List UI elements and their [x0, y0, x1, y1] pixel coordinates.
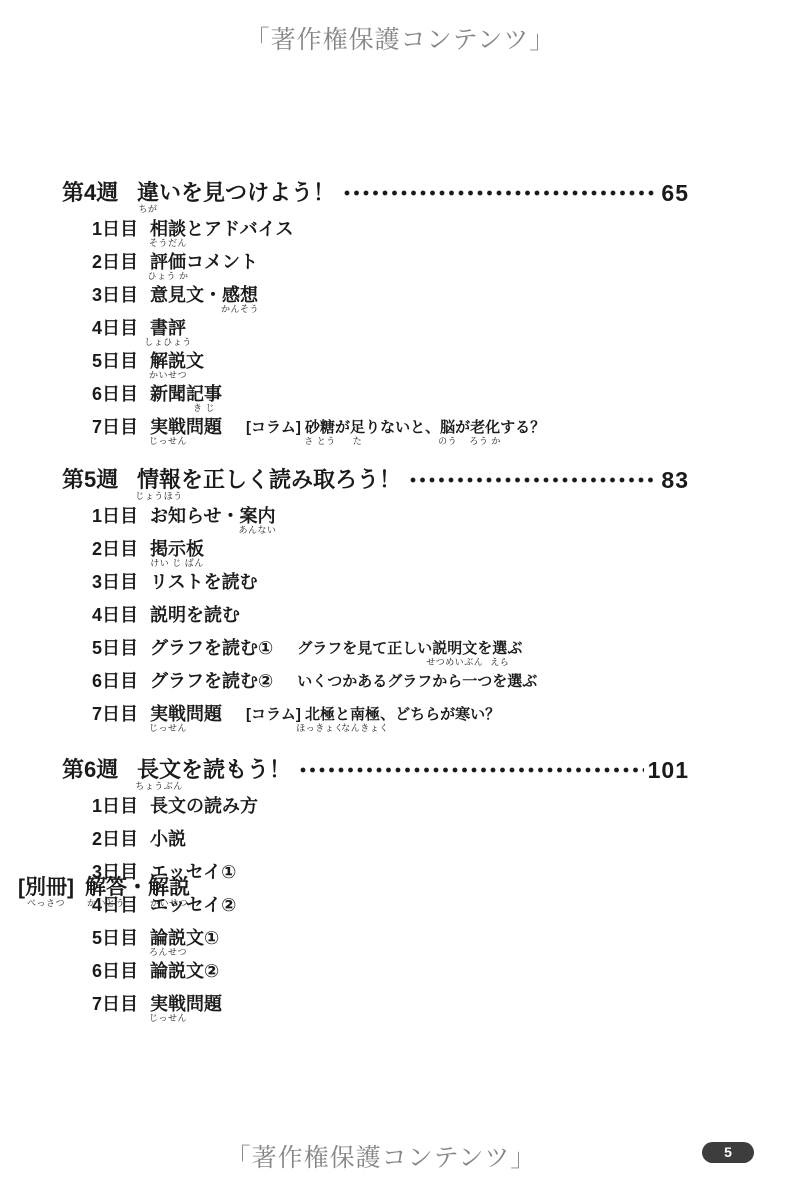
base-text: が [455, 419, 470, 436]
base-text: を [477, 640, 492, 657]
text-segment: が [335, 418, 350, 438]
toc-day-row: 5日目解説かいせつ文 [62, 350, 689, 383]
text-segment: 脳のう [440, 418, 455, 438]
base-text: グラフを見て正しい [297, 640, 432, 657]
text-segment: 南極なんきょく [350, 705, 380, 725]
text-segment: グラフを読む② [150, 670, 273, 692]
appendix-title: 解答かいとう・解説かいせつ [85, 875, 190, 900]
day-title: 論説ろんせつ文① [150, 927, 219, 949]
base-text: とアドバイス [186, 219, 293, 239]
furigana: せつめいぶん [426, 658, 483, 667]
text-segment: とアドバイス [186, 218, 293, 240]
text-segment: する？ [500, 418, 545, 438]
furigana: のう [438, 437, 457, 446]
base-text: 違 [137, 180, 159, 205]
toc-day-row: 5日目論説ろんせつ文① [62, 927, 689, 960]
base-text: ぶ [507, 640, 522, 657]
day-label: 1日目 [92, 218, 140, 240]
text-segment: 解答かいとう [85, 875, 127, 900]
base-text: 情報 [137, 467, 181, 492]
base-text: グラフを読む② [150, 671, 273, 691]
base-text: 掲示板 [150, 539, 204, 559]
appendix-label: [別冊]べっさつ [18, 875, 74, 900]
furigana: き じ [193, 404, 215, 413]
base-text: 文 [186, 351, 204, 371]
dot-leader [409, 476, 657, 484]
furigana: えら [490, 658, 509, 667]
day-title: 小説 [150, 828, 186, 850]
week-label: 第5週 [62, 467, 137, 493]
week-label: 第6週 [62, 757, 137, 783]
text-segment: 問題 [186, 993, 222, 1015]
text-segment: 実戦じっせん [150, 416, 186, 438]
text-segment: 感想かんそう [222, 284, 258, 306]
base-text: 長文 [137, 757, 181, 782]
text-segment: 解説かいせつ [150, 350, 186, 372]
toc-day-row: 1日目長文の読み方 [62, 795, 689, 828]
day-title: 掲示板けい じ ばん [150, 538, 204, 560]
furigana: あんない [238, 526, 276, 535]
base-text: 長文の読み方 [150, 796, 258, 816]
toc-day-row: 6日目グラフを読む②いくつかあるグラフから一つを選ぶ [62, 670, 689, 703]
text-segment: ぶ [507, 639, 522, 659]
text-segment: 小説 [150, 828, 186, 850]
day-title: 説明を読む [150, 604, 240, 626]
text-segment: グラフを見て正しい [297, 639, 432, 659]
text-segment: 選えら [492, 639, 507, 659]
toc-day-row: 2日目小説 [62, 828, 689, 861]
toc-week-4: 第4週違ちがいを見つけよう！651日目相談そうだんとアドバイス2日目評価ひょう … [62, 180, 689, 449]
text-segment: 長文ちょうぶん [137, 757, 181, 783]
base-text: ・ [127, 876, 148, 899]
text-segment: 砂糖さ とう [305, 418, 335, 438]
week-page-number: 101 [648, 757, 689, 783]
text-segment: を [477, 639, 492, 659]
day-label: 7日目 [92, 416, 140, 438]
day-title: 長文の読み方 [150, 795, 258, 817]
text-segment: コメント [186, 251, 258, 273]
copyright-watermark-top: 「著作権保護コンテンツ」 [0, 20, 800, 56]
furigana: じょうほう [135, 492, 183, 501]
base-text: 南極 [350, 706, 380, 723]
furigana: ろんせつ [149, 948, 187, 957]
day-title: 論説文② [150, 960, 219, 982]
text-segment: 案内あんない [239, 505, 275, 527]
furigana: さ とう [304, 437, 336, 446]
text-segment: 文 [186, 350, 204, 372]
day-title: 解説かいせつ文 [150, 350, 204, 372]
copyright-watermark-bottom: 「著作権保護コンテンツ」 [0, 1138, 762, 1174]
base-text: と [335, 706, 350, 723]
base-text: 砂糖 [305, 419, 335, 436]
day-label: 1日目 [92, 505, 140, 527]
toc-appendix-row: [別冊]べっさつ 解答かいとう・解説かいせつ [18, 875, 190, 900]
day-label: 2日目 [92, 828, 140, 850]
text-segment: 掲示板けい じ ばん [150, 538, 204, 560]
text-segment: 評価ひょう か [150, 251, 186, 273]
toc-day-row: 7日目実戦じっせん問題 [62, 993, 689, 1026]
toc-week-heading: 第4週違ちがいを見つけよう！65 [62, 180, 689, 206]
day-label: 6日目 [92, 670, 140, 692]
base-text: 論説 [150, 928, 186, 948]
furigana: かいせつ [150, 899, 188, 908]
text-segment: [コラム] [246, 705, 305, 725]
dot-leader [299, 766, 644, 774]
base-text: 解答 [85, 876, 127, 899]
text-segment: いくつかあるグラフから一つを選ぶ [297, 672, 537, 692]
day-label: 5日目 [92, 927, 140, 949]
base-text: 実戦 [150, 417, 186, 437]
text-segment: いを見つけよう！ [159, 180, 335, 206]
text-segment: 長文の読み方 [150, 795, 258, 817]
toc-day-row: 4日目書評しょひょう [62, 317, 689, 350]
base-text: 実戦 [150, 704, 186, 724]
toc-week-heading: 第6週長文ちょうぶんを読もう！101 [62, 757, 689, 783]
furigana: ちが [138, 205, 157, 214]
furigana: た [353, 437, 363, 446]
base-text: リストを読む [150, 572, 258, 592]
base-text: 実戦 [150, 994, 186, 1014]
toc-day-row: 7日目実戦じっせん問題[コラム] 砂糖さ とうが足たりないと、脳のうが老化ろう … [62, 416, 689, 449]
base-text: 、どちらが寒い？ [380, 706, 500, 723]
day-title: リストを読む [150, 571, 258, 593]
base-text: 足 [350, 419, 365, 436]
furigana: べっさつ [27, 899, 65, 908]
text-segment: 記事き じ [186, 383, 222, 405]
day-title: 実戦じっせん問題 [150, 416, 222, 438]
week-page-number: 83 [661, 467, 689, 493]
day-label: 2日目 [92, 251, 140, 273]
furigana: じっせん [149, 724, 187, 733]
text-segment: 相談そうだん [150, 218, 186, 240]
toc-week-heading: 第5週情報じょうほうを正しく読み取ろう！83 [62, 467, 689, 493]
text-segment: グラフを読む① [150, 637, 273, 659]
text-segment: 論説文② [150, 960, 219, 982]
text-segment: 問題 [186, 703, 222, 725]
toc-day-row: 6日目新聞記事き じ [62, 383, 689, 416]
base-text: 書評 [150, 318, 186, 338]
text-segment: 北極ほっきょく [305, 705, 335, 725]
week-title: 違ちがいを見つけよう！ [137, 180, 335, 206]
text-segment: お知らせ・ [150, 505, 239, 527]
base-text: 案内 [239, 506, 275, 526]
day-title: グラフを読む② [150, 670, 273, 692]
day-label: 5日目 [92, 637, 140, 659]
day-title: 意見文・感想かんそう [150, 284, 258, 306]
week-title: 情報じょうほうを正しく読み取ろう！ [137, 467, 401, 493]
text-segment: 違ちが [137, 180, 159, 206]
text-segment: ・ [127, 875, 148, 900]
day-subtitle: いくつかあるグラフから一つを選ぶ [297, 672, 537, 692]
text-segment: りないと、 [365, 418, 440, 438]
text-segment: 説明文せつめいぶん [432, 639, 477, 659]
base-text: 北極 [305, 706, 335, 723]
furigana: ちょうぶん [135, 782, 183, 791]
furigana: ろう か [469, 437, 501, 446]
text-segment: 実戦じっせん [150, 703, 186, 725]
furigana: かんそう [221, 305, 259, 314]
base-text: お知らせ・ [150, 506, 239, 526]
base-text: 意見文・ [150, 285, 222, 305]
base-text: [コラム] [246, 706, 305, 723]
day-title: 相談そうだんとアドバイス [150, 218, 293, 240]
base-text: [コラム] [246, 419, 305, 436]
toc-day-row: 4日目説明を読む [62, 604, 689, 637]
text-segment: [コラム] [246, 418, 305, 438]
day-title: 書評しょひょう [150, 317, 186, 339]
furigana: じっせん [149, 1014, 187, 1023]
week-title: 長文ちょうぶんを読もう！ [137, 757, 291, 783]
text-segment: 論説ろんせつ [150, 927, 186, 949]
text-segment: が [455, 418, 470, 438]
text-segment: 足た [350, 418, 365, 438]
base-text: いくつかあるグラフから一つを選ぶ [297, 673, 537, 690]
text-segment: 書評しょひょう [150, 317, 186, 339]
base-text: 新聞 [150, 384, 186, 404]
day-label: 6日目 [92, 383, 140, 405]
page-number-badge: 5 [702, 1142, 754, 1163]
base-text: を正しく読み取ろう！ [181, 467, 401, 492]
base-text: する？ [500, 419, 545, 436]
day-subtitle: [コラム] 砂糖さ とうが足たりないと、脳のうが老化ろう かする？ [246, 418, 545, 438]
furigana: ひょう か [147, 272, 188, 281]
text-segment: 解説かいせつ [148, 875, 190, 900]
text-segment: 情報じょうほう [137, 467, 181, 493]
base-text: 評価 [150, 252, 186, 272]
toc-day-row: 5日目グラフを読む①グラフを見て正しい説明文せつめいぶんを選えらぶ [62, 637, 689, 670]
base-text: 問題 [186, 994, 222, 1014]
base-text: 選 [492, 640, 507, 657]
base-text: 解説 [150, 351, 186, 371]
week-page-number: 65 [661, 180, 689, 206]
base-text: 記事 [186, 384, 222, 404]
day-label: 6日目 [92, 960, 140, 982]
base-text: 脳 [440, 419, 455, 436]
text-segment: を読もう！ [181, 757, 291, 783]
base-text: 相談 [150, 219, 186, 239]
text-segment: 意見文・ [150, 284, 222, 306]
day-title: グラフを読む① [150, 637, 273, 659]
dot-leader [343, 189, 657, 197]
text-segment: 問題 [186, 416, 222, 438]
text-segment: 新聞 [150, 383, 186, 405]
base-text: コメント [186, 252, 258, 272]
toc-day-row: 7日目実戦じっせん問題[コラム] 北極ほっきょくと南極なんきょく、どちらが寒い？ [62, 703, 689, 736]
day-label: 3日目 [92, 284, 140, 306]
base-text: 問題 [186, 417, 222, 437]
furigana: かいとう [87, 899, 125, 908]
text-segment: 文① [186, 927, 219, 949]
base-text: いを見つけよう！ [159, 180, 335, 205]
day-subtitle: [コラム] 北極ほっきょくと南極なんきょく、どちらが寒い？ [246, 705, 500, 725]
base-text: 説明を読む [150, 605, 240, 625]
day-title: 実戦じっせん問題 [150, 993, 222, 1015]
text-segment: 老化ろう か [470, 418, 500, 438]
toc-day-row: 3日目リストを読む [62, 571, 689, 604]
toc-day-row: 6日目論説文② [62, 960, 689, 993]
base-text: 小説 [150, 829, 186, 849]
day-subtitle: グラフを見て正しい説明文せつめいぶんを選えらぶ [297, 639, 522, 659]
base-text: 老化 [470, 419, 500, 436]
text-segment: を正しく読み取ろう！ [181, 467, 401, 493]
day-label: 2日目 [92, 538, 140, 560]
day-title: 実戦じっせん問題 [150, 703, 222, 725]
day-label: 1日目 [92, 795, 140, 817]
furigana: しょひょう [144, 338, 192, 347]
base-text: 感想 [222, 285, 258, 305]
toc-week-5: 第5週情報じょうほうを正しく読み取ろう！831日目お知らせ・案内あんない2日目掲… [62, 467, 689, 736]
toc-day-row: 2日目掲示板けい じ ばん [62, 538, 689, 571]
day-label: 5日目 [92, 350, 140, 372]
base-text: 問題 [186, 704, 222, 724]
furigana: なんきょく [341, 724, 389, 733]
day-label: 7日目 [92, 703, 140, 725]
day-title: お知らせ・案内あんない [150, 505, 275, 527]
week-label: 第4週 [62, 180, 137, 206]
furigana: かいせつ [149, 371, 187, 380]
base-text: りないと、 [365, 419, 440, 436]
toc-day-row: 1日目お知らせ・案内あんない [62, 505, 689, 538]
day-title: 新聞記事き じ [150, 383, 222, 405]
text-segment: と [335, 705, 350, 725]
furigana: けい じ ばん [150, 559, 204, 568]
day-label: 4日目 [92, 604, 140, 626]
furigana: ほっきょく [296, 724, 344, 733]
text-segment: [別冊]べっさつ [18, 875, 74, 900]
base-text: 解説 [148, 876, 190, 899]
day-label: 3日目 [92, 571, 140, 593]
text-segment: 、どちらが寒い？ [380, 705, 500, 725]
text-segment: リストを読む [150, 571, 258, 593]
base-text: 論説文② [150, 961, 219, 981]
base-text: を読もう！ [181, 757, 291, 782]
toc-day-row: 3日目意見文・感想かんそう [62, 284, 689, 317]
base-text: 説明文 [432, 640, 477, 657]
text-segment: 説明を読む [150, 604, 240, 626]
toc-day-row: 1日目相談そうだんとアドバイス [62, 218, 689, 251]
base-text: グラフを読む① [150, 638, 273, 658]
furigana: じっせん [149, 437, 187, 446]
day-label: 4日目 [92, 317, 140, 339]
day-title: 評価ひょう かコメント [150, 251, 258, 273]
base-text: が [335, 419, 350, 436]
day-label: 7日目 [92, 993, 140, 1015]
furigana: そうだん [149, 239, 187, 248]
base-text: 文① [186, 928, 219, 948]
base-text: [別冊] [18, 876, 74, 899]
toc-day-row: 2日目評価ひょう かコメント [62, 251, 689, 284]
text-segment: 実戦じっせん [150, 993, 186, 1015]
